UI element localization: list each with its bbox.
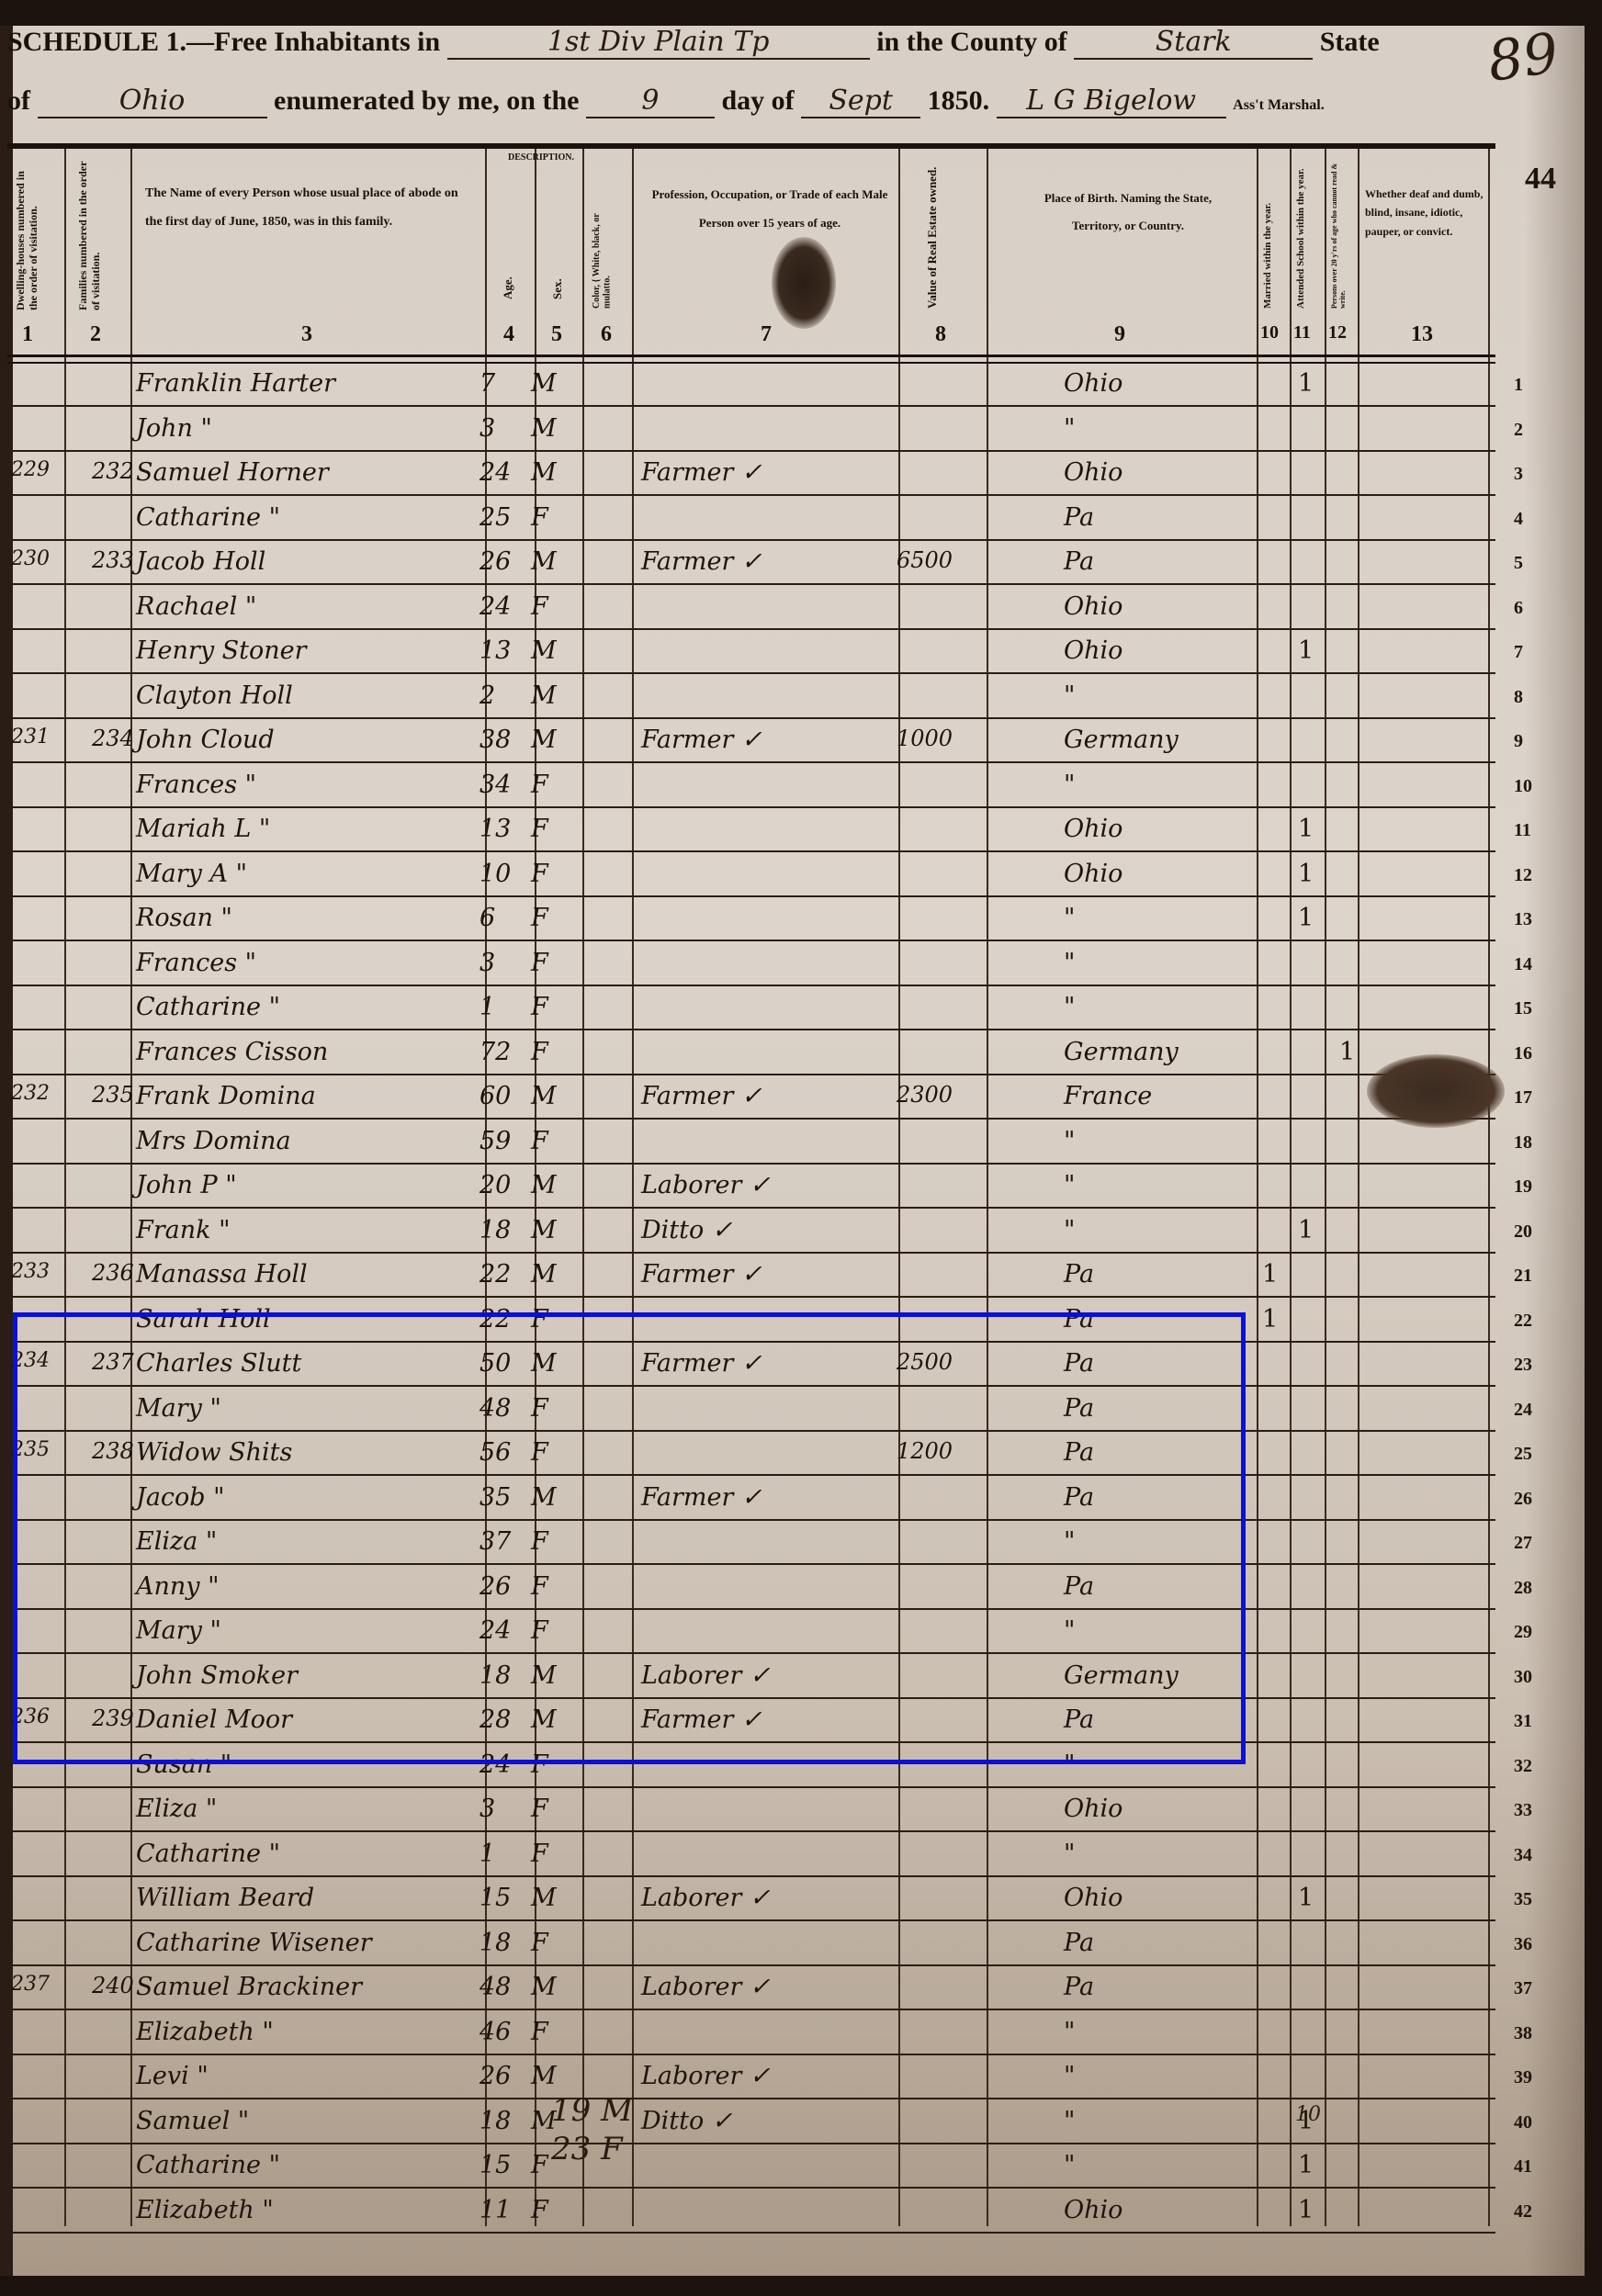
birthplace-cell: Ohio: [1064, 1795, 1123, 1823]
school-mark: 1: [1298, 904, 1314, 932]
table-row: Rachael "24FOhio6: [7, 585, 1495, 630]
age-cell: 1: [479, 1840, 495, 1868]
col-header-color: Color, { White, black, or mulatto.: [592, 180, 613, 309]
age-cell: 72: [479, 1038, 511, 1066]
family-number: 233: [92, 547, 134, 573]
occupation-cell: Farmer ✓: [641, 458, 762, 487]
person-name: Elizabeth ": [136, 2196, 274, 2224]
census-table: Dwelling-houses numbered in the order of…: [7, 143, 1495, 2237]
col-header-married: Married within the year.: [1262, 162, 1274, 309]
table-row: Mrs Domina59F"18: [7, 1120, 1495, 1165]
age-cell: 3: [479, 949, 495, 977]
table-row: John P "20MLaborer ✓"19: [7, 1164, 1495, 1209]
sex-cell: F: [531, 2151, 548, 2179]
line-number: 12: [1514, 865, 1532, 886]
person-name: John P ": [136, 1171, 237, 1199]
col-number: 9: [1114, 322, 1125, 347]
person-name: Catharine ": [136, 1840, 280, 1868]
line-number: 9: [1514, 731, 1523, 752]
line-number: 36: [1514, 1934, 1532, 1955]
person-name: William Beard: [136, 1884, 314, 1912]
sex-cell: F: [531, 1038, 548, 1066]
family-number: 235: [92, 1082, 134, 1108]
line-number: 1: [1514, 375, 1523, 396]
table-top-rule: [7, 143, 1495, 149]
person-name: Elizabeth ": [136, 2018, 274, 2046]
sex-cell: M: [531, 681, 557, 710]
age-cell: 46: [479, 2018, 511, 2046]
birthplace-cell: Pa: [1064, 503, 1094, 532]
line-number: 42: [1514, 2201, 1532, 2223]
line-number: 16: [1514, 1043, 1532, 1064]
male-tally: 19 M: [551, 2092, 633, 2129]
age-cell: 13: [479, 636, 511, 665]
line-number: 35: [1514, 1889, 1532, 1910]
sex-cell: M: [531, 2062, 557, 2090]
age-cell: 59: [479, 1127, 511, 1155]
birthplace-cell: Germany: [1064, 726, 1179, 754]
col-header-age: Age.: [502, 253, 515, 299]
sex-cell: M: [531, 1973, 557, 2001]
table-row: Frank "18MDitto ✓"120: [7, 1209, 1495, 1254]
age-cell: 2: [479, 681, 495, 710]
real-estate-value: 6500: [897, 547, 953, 573]
occupation-cell: Laborer ✓: [641, 2062, 771, 2090]
age-cell: 13: [479, 815, 511, 843]
line-number: 6: [1514, 598, 1523, 619]
school-mark: 1: [1298, 2196, 1314, 2224]
table-row: John "3M"2: [7, 407, 1495, 452]
person-name: Frances ": [136, 949, 256, 977]
col-number: 12: [1328, 322, 1347, 343]
col-header-name: The Name of every Person whose usual pla…: [145, 180, 476, 237]
age-cell: 26: [479, 2062, 511, 2090]
birthplace-cell: Pa: [1064, 1260, 1094, 1289]
state-field: Ohio: [38, 84, 267, 118]
person-name: Frances Cisson: [136, 1038, 328, 1066]
real-estate-value: 2300: [897, 1082, 953, 1108]
age-cell: 22: [479, 1260, 511, 1289]
age-cell: 24: [479, 592, 511, 621]
day-of-label: day of: [721, 85, 794, 116]
col-header-school: Attended School within the year.: [1295, 162, 1307, 309]
line-number: 4: [1514, 509, 1523, 530]
occupation-cell: Ditto ✓: [641, 1216, 732, 1244]
district-field: 1st Div Plain Tp: [447, 26, 870, 60]
age-cell: 20: [479, 1171, 511, 1199]
age-cell: 7: [479, 369, 495, 398]
sex-cell: M: [531, 369, 557, 398]
marshal-label: Ass't Marshal.: [1233, 97, 1325, 113]
sex-cell: M: [531, 547, 557, 576]
line-number: 21: [1514, 1266, 1532, 1287]
school-mark: 1: [1298, 1216, 1314, 1244]
col-number: 6: [601, 322, 612, 347]
occupation-cell: Laborer ✓: [641, 1973, 771, 2001]
person-name: Samuel Horner: [136, 458, 329, 487]
line-number: 8: [1514, 687, 1523, 708]
line-number: 29: [1514, 1622, 1532, 1643]
person-name: Mary A ": [136, 860, 247, 888]
highlight-box: [13, 1312, 1246, 1764]
person-name: Eliza ": [136, 1795, 217, 1823]
schedule-title-line: SCHEDULE 1.—Free Inhabitants in 1st Div …: [7, 26, 1529, 60]
line-number: 14: [1514, 954, 1532, 975]
enumeration-line: of Ohio enumerated by me, on the 9 day o…: [7, 84, 1529, 118]
col-number: 1: [22, 322, 33, 347]
sex-cell: F: [531, 860, 548, 888]
line-number: 34: [1514, 1845, 1532, 1866]
col-header-dwelling: Dwelling-houses numbered in the order of…: [15, 154, 40, 310]
married-mark: 1: [1262, 1305, 1278, 1334]
line-number: 3: [1514, 464, 1523, 485]
birthplace-cell: Germany: [1064, 1038, 1179, 1066]
enumerated-label: enumerated by me, on the: [274, 85, 579, 116]
table-row: Catharine "1F"34: [7, 1832, 1495, 1877]
age-cell: 11: [479, 2196, 511, 2224]
table-row: Mariah L "13FOhio111: [7, 807, 1495, 852]
col-header-sex: Sex.: [551, 253, 565, 299]
birthplace-cell: ": [1064, 771, 1075, 799]
age-cell: 34: [479, 771, 511, 799]
sex-cell: F: [531, 815, 548, 843]
birthplace-cell: Ohio: [1064, 1884, 1123, 1912]
birthplace-cell: Ohio: [1064, 369, 1123, 398]
person-name: Jacob Holl: [136, 547, 265, 576]
col-header-real-estate: Value of Real Estate owned.: [926, 162, 940, 309]
col-number: 13: [1411, 322, 1433, 347]
table-row: Henry Stoner13MOhio17: [7, 629, 1495, 674]
table-row: Catharine "1F"15: [7, 985, 1495, 1030]
birthplace-cell: ": [1064, 904, 1075, 932]
table-row: Samuel "18MDitto ✓"140: [7, 2099, 1495, 2144]
sex-cell: F: [531, 993, 548, 1021]
occupation-cell: Farmer ✓: [641, 1260, 762, 1289]
line-number: 32: [1514, 1756, 1532, 1777]
birthplace-cell: Ohio: [1064, 2196, 1123, 2224]
ink-blot: [1367, 1054, 1505, 1128]
table-row: 233236Manassa Holl22MFarmer ✓Pa121: [7, 1253, 1495, 1298]
person-name: Samuel ": [136, 2107, 249, 2135]
age-cell: 15: [479, 1884, 511, 1912]
person-name: Catharine ": [136, 503, 280, 532]
month-field: Sept: [801, 84, 920, 118]
col-number: 11: [1293, 322, 1311, 343]
table-row: Franklin Harter7MOhio11: [7, 362, 1495, 407]
line-number: 22: [1514, 1311, 1532, 1332]
family-number: 240: [92, 1973, 134, 1998]
person-name: Frank Domina: [136, 1082, 316, 1110]
birthplace-cell: Pa: [1064, 547, 1094, 576]
birthplace-cell: Ohio: [1064, 860, 1123, 888]
col-header-birthplace: Place of Birth. Naming the State, Territ…: [1027, 185, 1229, 240]
school-tally: 10: [1295, 2103, 1321, 2126]
table-row: William Beard15MLaborer ✓Ohio135: [7, 1876, 1495, 1921]
schedule-title: SCHEDULE 1.—Free Inhabitants in: [7, 27, 440, 57]
person-name: Levi ": [136, 2062, 209, 2090]
col-header-condition: Whether deaf and dumb, blind, insane, id…: [1365, 185, 1484, 241]
col-header-occupation: Profession, Occupation, or Trade of each…: [650, 180, 889, 237]
sex-cell: F: [531, 592, 548, 621]
person-name: Manassa Holl: [136, 1260, 308, 1289]
person-name: John ": [136, 414, 212, 443]
sex-cell: F: [531, 1840, 548, 1868]
col-header-cannot-read: Persons over 20 y'rs of age who cannot r…: [1330, 162, 1347, 309]
birthplace-cell: Ohio: [1064, 458, 1123, 487]
age-cell: 6: [479, 904, 495, 932]
table-row: Frances "3F"14: [7, 941, 1495, 986]
person-name: Henry Stoner: [136, 636, 307, 665]
birthplace-cell: ": [1064, 681, 1075, 710]
line-number: 38: [1514, 2023, 1532, 2044]
person-name: Clayton Holl: [136, 681, 293, 710]
person-name: Rosan ": [136, 904, 232, 932]
birthplace-cell: Pa: [1064, 1929, 1094, 1957]
line-number: 41: [1514, 2156, 1532, 2178]
person-name: Catharine Wisener: [136, 1929, 372, 1957]
age-cell: 25: [479, 503, 511, 532]
sex-cell: M: [531, 1082, 557, 1110]
line-number: 25: [1514, 1444, 1532, 1465]
line-number: 20: [1514, 1221, 1532, 1243]
of-label: of: [7, 85, 30, 116]
line-number: 18: [1514, 1132, 1532, 1154]
birthplace-cell: ": [1064, 949, 1075, 977]
real-estate-value: 1000: [897, 726, 953, 751]
table-row: Catharine "25FPa4: [7, 496, 1495, 541]
person-name: Samuel Brackiner: [136, 1973, 362, 2001]
birthplace-cell: ": [1064, 993, 1075, 1021]
line-number: 37: [1514, 1978, 1532, 1999]
occupation-cell: Laborer ✓: [641, 1171, 771, 1199]
age-cell: 18: [479, 1216, 511, 1244]
col-number: 10: [1260, 322, 1279, 343]
line-number: 10: [1514, 776, 1532, 797]
line-number: 31: [1514, 1711, 1532, 1732]
birthplace-cell: ": [1064, 2018, 1075, 2046]
sex-cell: M: [531, 458, 557, 487]
cannot-read-mark: 1: [1339, 1038, 1355, 1066]
age-cell: 3: [479, 1795, 495, 1823]
table-row: Elizabeth "46F"38: [7, 2010, 1495, 2055]
school-mark: 1: [1298, 860, 1314, 888]
sex-cell: M: [531, 1216, 557, 1244]
state-label: State: [1320, 27, 1380, 57]
dwelling-number: 231: [11, 726, 50, 748]
person-name: Frances ": [136, 771, 256, 799]
occupation-cell: Farmer ✓: [641, 1082, 762, 1110]
table-row: 237240Samuel Brackiner48MLaborer ✓Pa37: [7, 1965, 1495, 2010]
birthplace-cell: Ohio: [1064, 636, 1123, 665]
table-row: Levi "26MLaborer ✓"39: [7, 2054, 1495, 2099]
sex-cell: F: [531, 2018, 548, 2046]
sex-cell: F: [531, 1929, 548, 1957]
age-cell: 1: [479, 993, 495, 1021]
line-number: 23: [1514, 1355, 1532, 1376]
line-number: 2: [1514, 420, 1523, 441]
birthplace-cell: ": [1064, 2062, 1075, 2090]
birthplace-cell: Pa: [1064, 1973, 1094, 2001]
dwelling-number: 230: [11, 547, 50, 570]
age-cell: 10: [479, 860, 511, 888]
sex-cell: M: [531, 636, 557, 665]
dwelling-number: 237: [11, 1973, 50, 1996]
school-mark: 1: [1298, 1884, 1314, 1912]
col-number: 7: [761, 322, 772, 347]
birthplace-cell: Ohio: [1064, 815, 1123, 843]
female-tally: 23 F: [551, 2131, 623, 2167]
printed-page-number: 44: [1525, 162, 1556, 197]
sex-cell: F: [531, 1795, 548, 1823]
sex-cell: M: [531, 1884, 557, 1912]
age-cell: 38: [479, 726, 511, 754]
line-number: 30: [1514, 1667, 1532, 1688]
col-number: 4: [503, 322, 514, 347]
age-cell: 3: [479, 414, 495, 443]
handwritten-page-number: 89: [1484, 26, 1563, 95]
family-number: 232: [92, 458, 134, 484]
line-number: 15: [1514, 998, 1532, 1019]
person-name: John Cloud: [136, 726, 275, 754]
birthplace-cell: ": [1064, 1840, 1075, 1868]
person-name: Catharine ": [136, 993, 280, 1021]
dwelling-number: 232: [11, 1082, 50, 1105]
table-row: Rosan "6F"113: [7, 896, 1495, 941]
age-cell: 60: [479, 1082, 511, 1110]
age-cell: 26: [479, 547, 511, 576]
county-field: Stark: [1074, 26, 1313, 60]
line-number: 19: [1514, 1176, 1532, 1198]
sex-cell: M: [531, 1171, 557, 1199]
birthplace-cell: ": [1064, 1216, 1075, 1244]
person-name: Rachael ": [136, 592, 256, 621]
line-number: 17: [1514, 1087, 1532, 1109]
line-number: 7: [1514, 642, 1523, 663]
occupation-cell: Ditto ✓: [641, 2107, 732, 2135]
birthplace-cell: ": [1064, 1171, 1075, 1199]
table-row: 232235Frank Domina60MFarmer ✓2300France1…: [7, 1075, 1495, 1120]
age-cell: 48: [479, 1973, 511, 2001]
sex-cell: F: [531, 1127, 548, 1155]
col-header-family: Families numbered in the order of visita…: [77, 154, 103, 310]
table-row: Mary A "10FOhio112: [7, 852, 1495, 897]
line-number: 26: [1514, 1489, 1532, 1510]
table-row: 231234John Cloud38MFarmer ✓1000Germany9: [7, 718, 1495, 763]
person-name: Frank ": [136, 1216, 231, 1244]
col-number: 2: [90, 322, 101, 347]
birthplace-cell: ": [1064, 2151, 1075, 2179]
line-number: 27: [1514, 1533, 1532, 1554]
sex-cell: F: [531, 949, 548, 977]
age-cell: 15: [479, 2151, 511, 2179]
line-number: 24: [1514, 1400, 1532, 1421]
year-label: 1850.: [928, 85, 990, 116]
table-row: Catharine Wisener18FPa36: [7, 1921, 1495, 1966]
occupation-cell: Farmer ✓: [641, 726, 762, 754]
sex-cell: F: [531, 771, 548, 799]
sex-cell: F: [531, 2196, 548, 2224]
col-number: 3: [301, 322, 312, 347]
birthplace-cell: France: [1064, 1082, 1152, 1110]
line-number: 33: [1514, 1800, 1532, 1821]
ink-blot: [772, 237, 836, 329]
line-number: 28: [1514, 1578, 1532, 1599]
table-row: Frances Cisson72FGermany116: [7, 1030, 1495, 1075]
table-row: Frances "34F"10: [7, 763, 1495, 808]
school-mark: 1: [1298, 636, 1314, 665]
age-cell: 24: [479, 458, 511, 487]
sex-cell: M: [531, 726, 557, 754]
married-mark: 1: [1262, 1260, 1278, 1289]
sex-cell: M: [531, 414, 557, 443]
age-cell: 18: [479, 2107, 511, 2135]
table-row: Clayton Holl2M"8: [7, 674, 1495, 719]
person-name: Mrs Domina: [136, 1127, 291, 1155]
col-number: 5: [551, 322, 562, 347]
table-row: 230233Jacob Holl26MFarmer ✓6500Pa5: [7, 540, 1495, 585]
family-number: 236: [92, 1260, 134, 1286]
description-label: DESCRIPTION.: [508, 152, 574, 163]
birthplace-cell: ": [1064, 414, 1075, 443]
school-mark: 1: [1298, 369, 1314, 398]
table-row: Catharine "15F"141: [7, 2144, 1495, 2189]
line-number: 5: [1514, 553, 1523, 574]
occupation-cell: Laborer ✓: [641, 1884, 771, 1912]
sex-cell: M: [531, 1260, 557, 1289]
person-name: Franklin Harter: [136, 369, 335, 398]
table-row: 229232Samuel Horner24MFarmer ✓Ohio3: [7, 451, 1495, 496]
county-label: in the County of: [876, 27, 1067, 57]
person-name: Catharine ": [136, 2151, 280, 2179]
school-mark: 1: [1298, 2151, 1314, 2179]
birthplace-cell: ": [1064, 2107, 1075, 2135]
marshal-signature: L G Bigelow: [997, 84, 1226, 118]
sex-cell: F: [531, 904, 548, 932]
table-row: Eliza "3FOhio33: [7, 1787, 1495, 1832]
line-number: 39: [1514, 2067, 1532, 2088]
school-mark: 1: [1298, 815, 1314, 843]
dwelling-number: 233: [11, 1260, 50, 1283]
col-number: 8: [935, 322, 946, 347]
occupation-cell: Farmer ✓: [641, 547, 762, 576]
census-page: SCHEDULE 1.—Free Inhabitants in 1st Div …: [0, 26, 1585, 2276]
day-field: 9: [586, 84, 715, 118]
age-cell: 18: [479, 1929, 511, 1957]
family-number: 234: [92, 726, 134, 751]
sex-cell: F: [531, 503, 548, 532]
birthplace-cell: ": [1064, 1127, 1075, 1155]
table-row: Elizabeth "11FOhio142: [7, 2189, 1495, 2234]
line-number: 13: [1514, 909, 1532, 930]
line-number: 40: [1514, 2112, 1532, 2133]
dwelling-number: 229: [11, 458, 50, 481]
line-number: 11: [1514, 820, 1531, 841]
person-name: Mariah L ": [136, 815, 270, 843]
birthplace-cell: Ohio: [1064, 592, 1123, 621]
